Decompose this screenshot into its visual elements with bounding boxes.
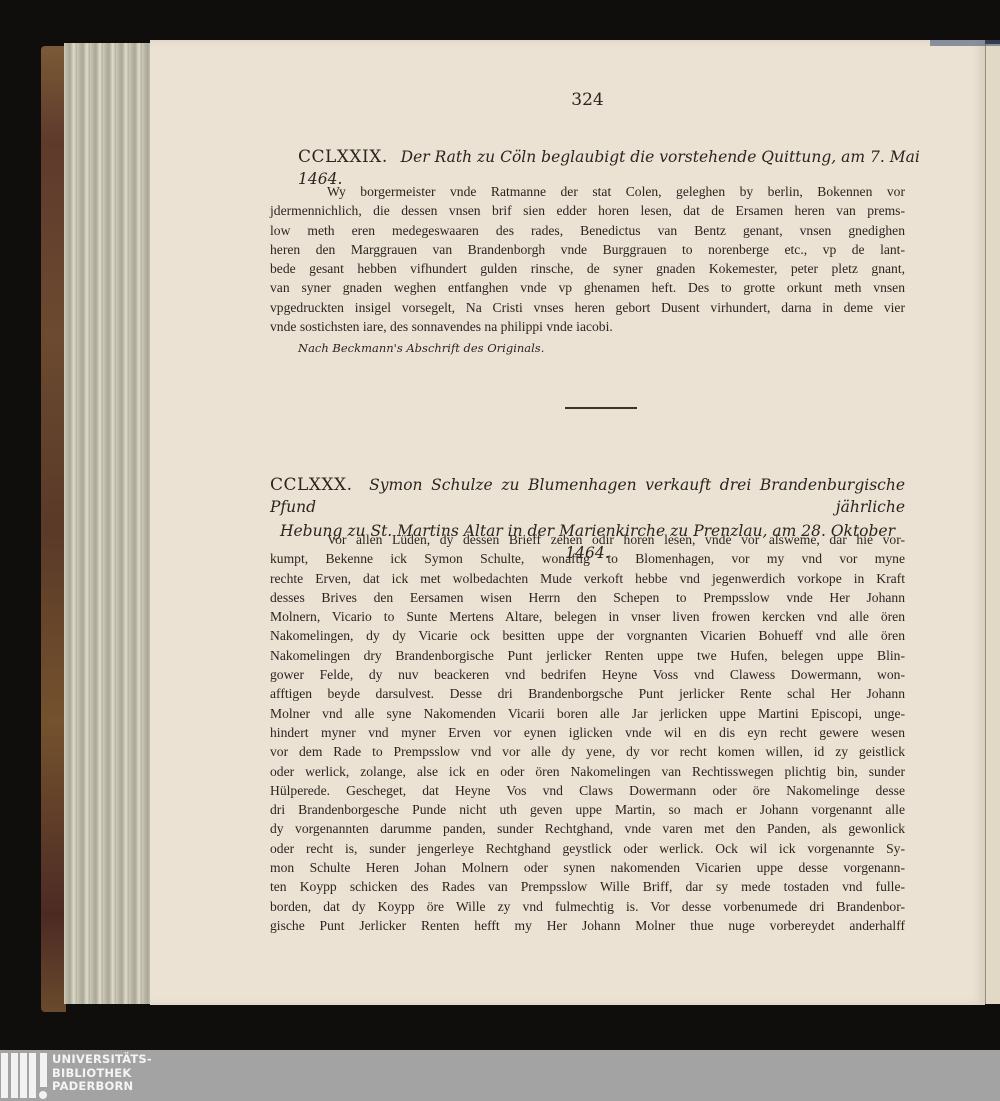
binding-strip	[930, 40, 1000, 46]
page-number: 324	[270, 90, 905, 110]
text-line: hindert myner vnd myner Erven vor eynen …	[270, 723, 905, 742]
text-line: Wy borgermeister vnde Ratmanne der stat …	[270, 182, 905, 201]
text-line: dri Brandenborgesche Punde nicht uth gev…	[270, 800, 905, 819]
text-line: jdermennichlich, die dessen vnsen brif s…	[270, 201, 905, 220]
page-edges	[64, 43, 152, 1004]
source-note: Nach Beckmann's Abschrift des Originals.	[298, 341, 544, 355]
text-line: dy vorgenannten darumme panden, sunder R…	[270, 819, 905, 838]
text-line: oder recht is, sunder jengerleye Rechtgh…	[270, 839, 905, 858]
text-line: bede gesant hebben vifhundert gulden rin…	[270, 259, 905, 278]
text-line: desses Brives den Eersamen wisen Herrn d…	[270, 588, 905, 607]
text-line: rechte Erven, dat ick met wolbedachten M…	[270, 569, 905, 588]
section-body-cclxxix: Wy borgermeister vnde Ratmanne der stat …	[270, 182, 905, 336]
library-footer: UNIVERSITÄTS- BIBLIOTHEK PADERBORN	[0, 1050, 1000, 1101]
scan-background: 324 CCLXXIX. Der Rath zu Cöln beglaubigt…	[0, 0, 1000, 1050]
text-line: Hülperede. Gescheget, dat Heyne Vos vnd …	[270, 781, 905, 800]
text-line: low meth eren medegeswaaren des rades, B…	[270, 221, 905, 240]
section-numeral: CCLXXIX.	[298, 147, 388, 167]
text-line: Molner vnd alle syne Nakomenden Vicarii …	[270, 704, 905, 723]
text-line: mon Schulte Heren Johan Molnern oder syn…	[270, 858, 905, 877]
text-line: vpgedruckten insigel vorsegelt, Na Crist…	[270, 298, 905, 317]
page-gutter	[985, 44, 1000, 1004]
section-body-cclxxx: Vor allen Lüden, dy dessen Brieff zehen …	[270, 530, 905, 935]
library-logo-text: UNIVERSITÄTS- BIBLIOTHEK PADERBORN	[52, 1053, 152, 1094]
text-line: Vor allen Lüden, dy dessen Brieff zehen …	[270, 530, 905, 549]
section-divider	[565, 407, 637, 409]
section-heading-line1: Symon Schulze zu Blumenhagen verkauft dr…	[270, 476, 905, 516]
section-numeral: CCLXXX.	[270, 475, 353, 495]
text-line: Molnern, Vicario to Sunte Mertens Altare…	[270, 607, 905, 626]
text-line: afftigen beyde darsulvest. Desse dri Bra…	[270, 684, 905, 703]
text-line: gische Punt Jerlicker Renten hefft my He…	[270, 916, 905, 935]
text-line: borden, dat dy Koypp öre Wille zy vnd fu…	[270, 897, 905, 916]
text-line: vnde sostichsten iare, des sonnavendes n…	[270, 317, 905, 336]
text-line: van syner gnaden weghen entfanghen vnde …	[270, 278, 905, 297]
text-line: heren den Marggrauen van Brandenborgh vn…	[270, 240, 905, 259]
text-line: kumpt, Bekenne ick Symon Schulte, wonaft…	[270, 549, 905, 568]
text-line: vor dem Rade to Prempsslow vnd vor alle …	[270, 742, 905, 761]
text-line: Nakomelingen, dy dy Vicarie ock besitten…	[270, 626, 905, 645]
text-line: oder werlick, zolange, alse ick en oder …	[270, 762, 905, 781]
text-line: Nakomelingen dry Brandenborgische Punt j…	[270, 646, 905, 665]
text-line: ten Koypp schicken des Rades van Prempss…	[270, 877, 905, 896]
book-cover-edge	[41, 46, 66, 1012]
text-line: gower Felde, dy nuv beackeren vnd bedrif…	[270, 665, 905, 684]
